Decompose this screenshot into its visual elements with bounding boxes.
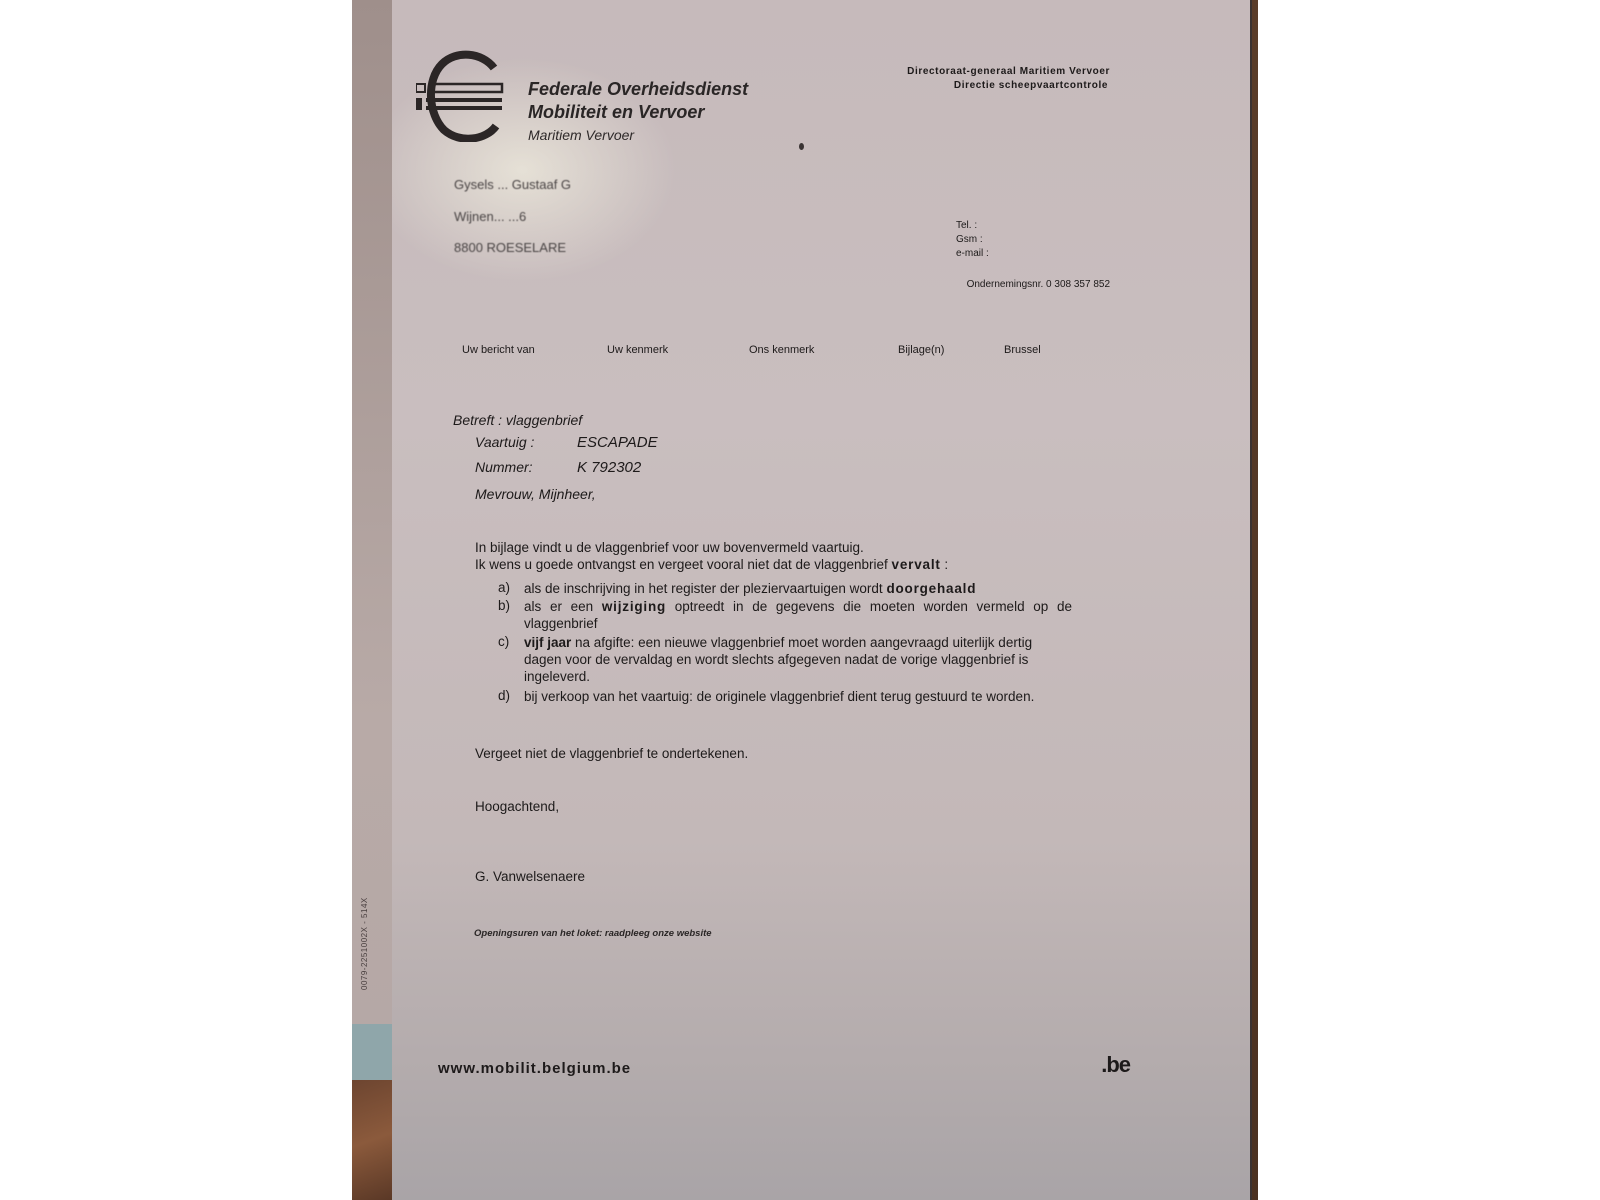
letter-page: Federale Overheidsdienst Mobiliteit en V… — [392, 0, 1250, 1200]
opening-hours-note: Openingsuren van het loket: raadpleeg on… — [474, 928, 712, 939]
closing: Hoogachtend, — [475, 799, 559, 814]
ref-uw-kenmerk: Uw kenmerk — [607, 344, 668, 356]
be-logo: .be — [1101, 1052, 1130, 1078]
item-c-letter: c) — [498, 634, 509, 649]
ref-uw-bericht: Uw bericht van — [462, 344, 535, 356]
gsm-label: Gsm : — [956, 234, 983, 245]
ref-ons-kenmerk: Ons kenmerk — [749, 344, 814, 356]
item-c-text: vijf jaar na afgifte: een nieuwe vlaggen… — [524, 634, 1072, 685]
item-b-letter: b) — [498, 598, 510, 613]
body-line2: Ik wens u goede ontvangst en vergeet voo… — [475, 557, 948, 572]
email-label: e-mail : — [956, 248, 989, 259]
number-value: K 792302 — [577, 459, 641, 476]
item-b-text: als er een wijziging optreedt in de gege… — [524, 598, 1072, 632]
recipient-street: Wijnen... ...6 — [454, 209, 526, 224]
vessel-value: ESCAPADE — [577, 434, 658, 451]
vessel-label: Vaartuig : — [475, 434, 534, 450]
body-line2-text: Ik wens u goede ontvangst en vergeet voo… — [475, 557, 892, 572]
org-name-line1: Federale Overheidsdienst — [528, 79, 748, 100]
sign-reminder: Vergeet niet de vlaggenbrief te ondertek… — [475, 746, 748, 761]
side-form-code: 0079-2251002X - 514X — [360, 897, 369, 990]
recipient-city: 8800 ROESELARE — [454, 240, 566, 255]
salutation: Mevrouw, Mijnheer, — [475, 486, 596, 502]
number-label: Nummer: — [475, 459, 533, 475]
body-line2-end: : — [941, 557, 949, 572]
tel-label: Tel. : — [956, 220, 977, 231]
federal-e-logo-icon — [416, 50, 516, 142]
ref-bijlagen: Bijlage(n) — [898, 344, 944, 356]
directorate-line1: Directoraat-generaal Maritiem Vervoer — [907, 66, 1110, 77]
enterprise-number: Ondernemingsnr. 0 308 357 852 — [967, 279, 1110, 290]
ref-brussel: Brussel — [1004, 344, 1041, 356]
signatory: G. Vanwelsenaere — [475, 869, 585, 884]
underlying-sheet — [352, 0, 392, 1200]
wood-table — [352, 1080, 392, 1200]
body-line2-emphasis: vervalt — [892, 557, 941, 572]
item-d-letter: d) — [498, 688, 510, 703]
directorate-line2: Directie scheepvaartcontrole — [954, 80, 1108, 91]
org-name-line2: Mobiliteit en Vervoer — [528, 102, 704, 123]
item-a-text: als de inschrijving in het register der … — [524, 580, 1072, 597]
recipient-name: Gysels ... Gustaaf G — [454, 177, 571, 192]
subject-line: Betreft : vlaggenbrief — [453, 412, 582, 428]
org-name-line3: Maritiem Vervoer — [528, 127, 634, 143]
website-url: www.mobilit.belgium.be — [438, 1060, 631, 1077]
body-line1: In bijlage vindt u de vlaggenbrief voor … — [475, 540, 864, 555]
item-a-letter: a) — [498, 580, 510, 595]
ink-spot — [799, 143, 804, 150]
underlying-teal-folder — [352, 1024, 392, 1080]
item-d-text: bij verkoop van het vaartuig: de origine… — [524, 688, 1072, 705]
